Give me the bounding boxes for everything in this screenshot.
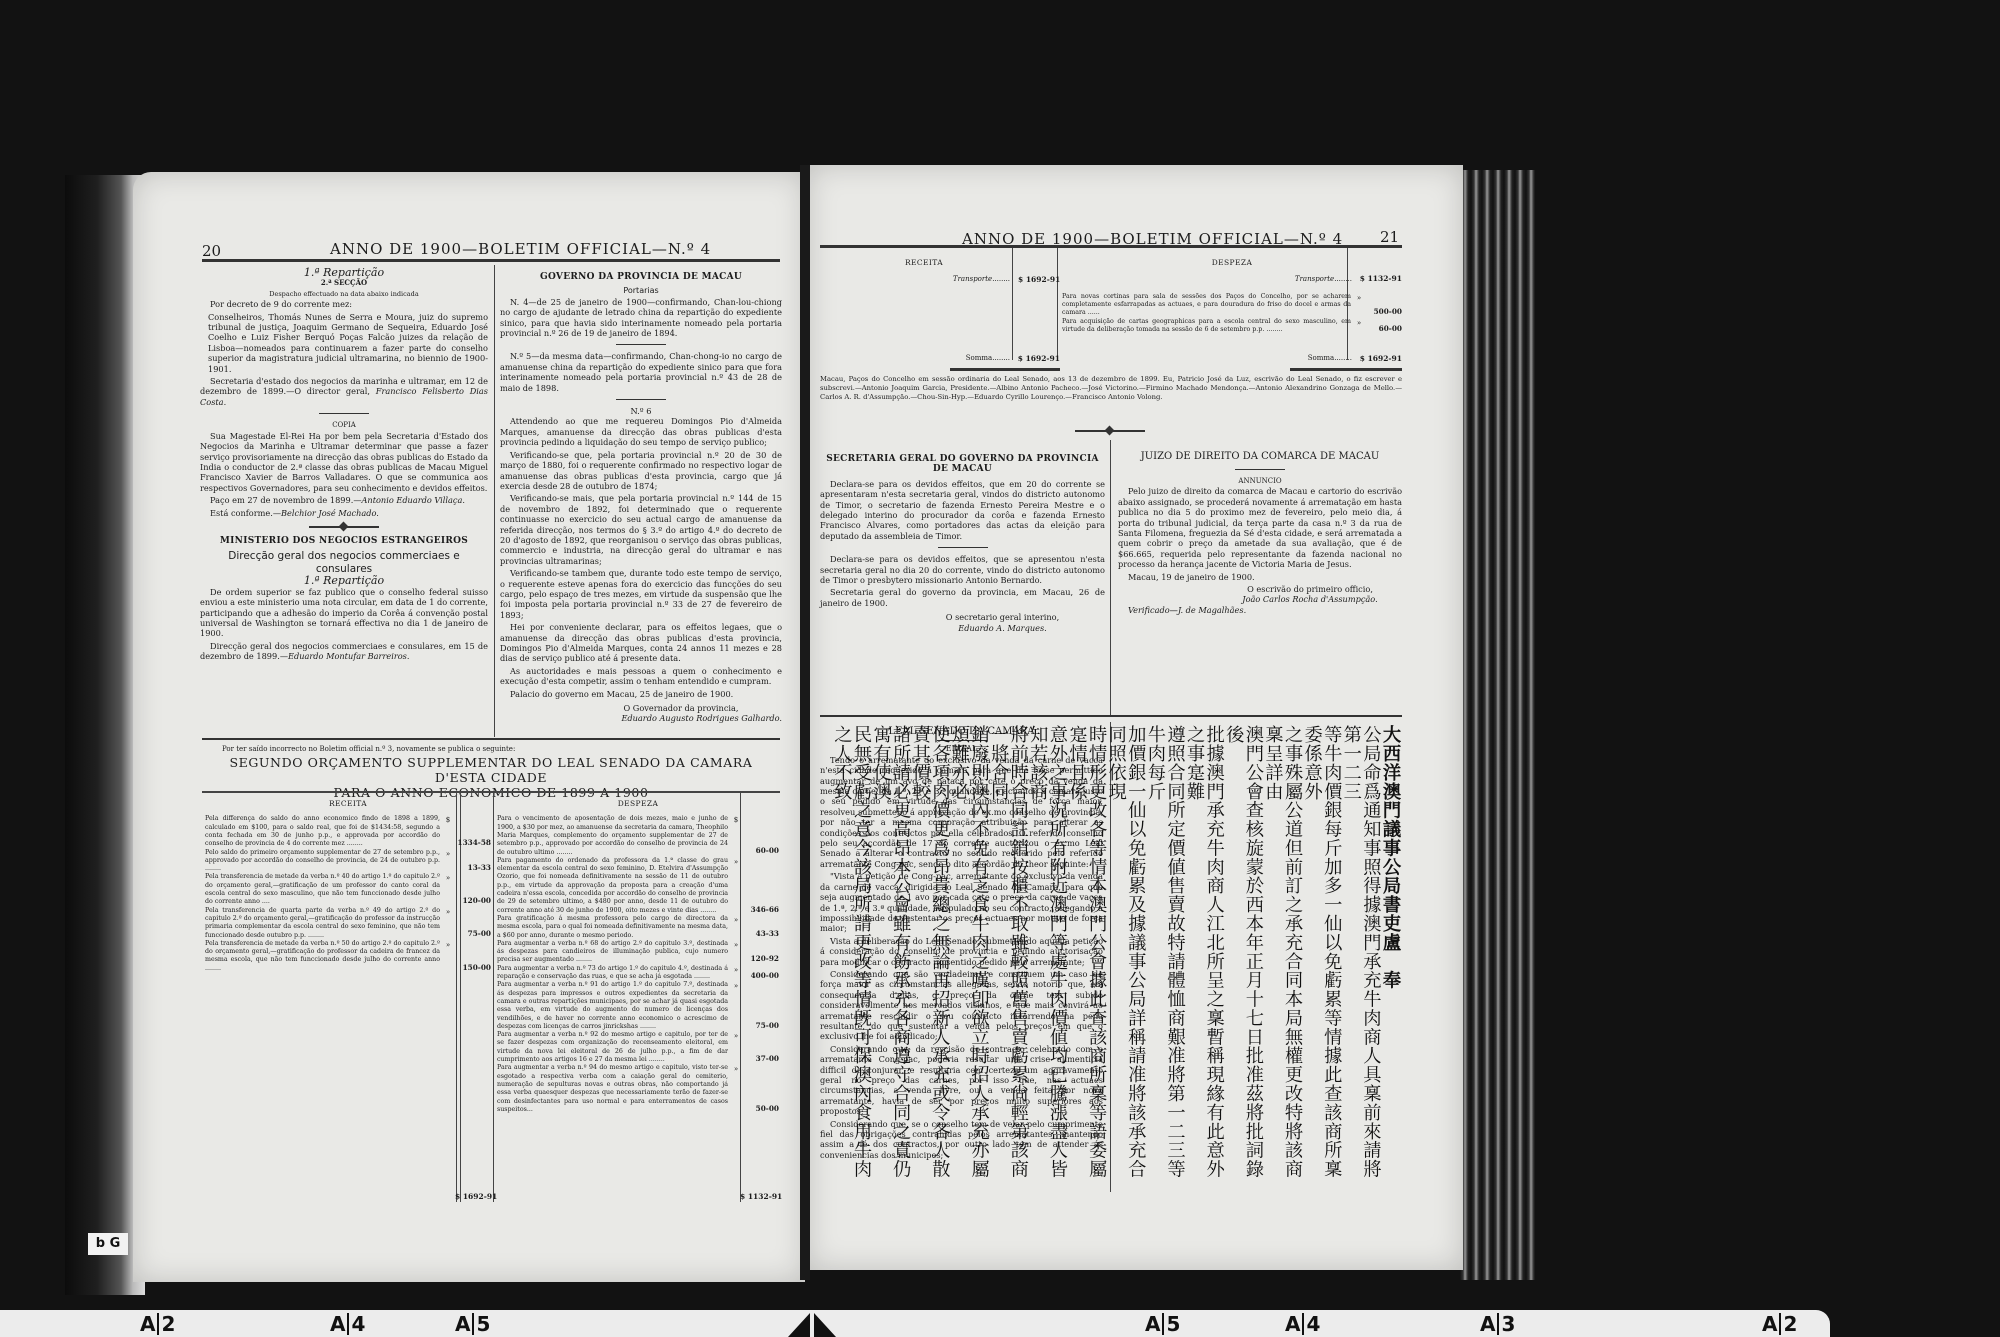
budget-item-currency: »: [443, 873, 453, 906]
page-gutter: [800, 165, 810, 1280]
portaria-6-para: Verificando-se mais, que pela portaria p…: [500, 493, 782, 566]
despeza-total: $ 1132-91: [740, 1192, 782, 1201]
left-page-header: ANNO DE 1900—BOLETIM OFFICIAL—N.º 4: [330, 240, 711, 258]
budget-item-currency: $: [443, 815, 453, 848]
juizo-title: JUIZO DE DIREITO DA COMARCA DE MACAU: [1118, 450, 1402, 463]
budget-item-currency: »: [443, 940, 453, 973]
copia-sign-1: Paço em 27 de novembro de 1899.—Antonio …: [200, 495, 488, 505]
portaria-6-title: N.º 6: [500, 406, 782, 416]
copia-title: COPIA: [200, 420, 488, 430]
budget-item-text: Para gratificação á mesma professora pel…: [497, 915, 731, 940]
chinese-column: 澳門公會查核旋蒙於西本年正月十七日批准茲將批詞錄後: [1224, 725, 1263, 1195]
portaria-6-para: Attendendo ao que me requereu Domingos P…: [500, 416, 782, 447]
budget-row: Pelo saldo do primeiro orçamento supplem…: [205, 849, 491, 874]
somma-rule: [1290, 368, 1402, 371]
separator: [616, 344, 666, 345]
juizo-signer: João Carlos Rocha d'Assumpção.: [1118, 594, 1402, 604]
film-marker: A4: [330, 1313, 365, 1335]
budget-item-value: 150-00: [453, 963, 491, 973]
budget-row: Para augmentar a verba n.º 94 do mesmo a…: [497, 1064, 779, 1114]
secretaria-para-3: Secretaria geral do governo da provincia…: [820, 587, 1105, 608]
separator: [319, 413, 369, 414]
column-divider: [1110, 440, 1111, 715]
juizo-column: JUIZO DE DIREITO DA COMARCA DE MACAU ANN…: [1118, 450, 1402, 617]
film-marker: A3: [1480, 1313, 1515, 1335]
budget-row: Pela transferencia de metade da verba n.…: [205, 940, 491, 973]
budget-item-currency: »: [731, 1064, 741, 1114]
budget-item-text: Pela differença do saldo do anno economi…: [205, 815, 443, 848]
chinese-column: 加價銀一仙以免虧累及據議事公局詳稱請准將該承充合同照依現: [1106, 725, 1145, 1195]
somma-rule: [950, 368, 1060, 371]
budget-item-currency: »: [731, 981, 741, 1031]
budget-item-currency: »: [731, 1031, 741, 1064]
budget-title: SEGUNDO ORÇAMENTO SUPPLEMENTAR DO LEAL S…: [202, 755, 780, 800]
film-marker: A2: [140, 1313, 175, 1335]
budget-row: Para augmentar a verba n.º 91 do artigo …: [497, 981, 779, 1031]
separator: [1235, 469, 1285, 470]
film-marker: A5: [455, 1313, 490, 1335]
chinese-column: 銷廢則澳內不免有乏食牛肉之嘆卽欲立時招人承充亦屬煩難亦必: [949, 725, 988, 1195]
budget-item-text: Pela transferencia de quarta parte da ve…: [205, 907, 443, 940]
secretaria-role: O secretario geral interino,: [820, 612, 1105, 622]
governor-signer: Eduardo Augusto Rodrigues Galhardo.: [500, 713, 782, 723]
header-rule: [820, 245, 1402, 248]
despeza-transport: $ 1132-91: [1352, 274, 1402, 284]
budget-item-text: Pela transferencia de metade da verba n.…: [205, 873, 443, 906]
budget-item-text: Para augmentar a verba n.º 92 do mesmo a…: [497, 1031, 731, 1064]
transport-label: Transporte........: [1062, 274, 1352, 284]
budget-row: Para augmentar a verba n.º 68 do artigo …: [497, 940, 779, 965]
budget-item-text: Para pagamento do ordenado da professora…: [497, 857, 731, 915]
secretaria-title: SECRETARIA GERAL DO GOVERNO DA PROVINCIA…: [820, 454, 1105, 475]
chinese-notice: 大西洋澳門議事公局書吏盧 奉 公局命爲通知事照得據澳門承充牛肉商人具稟前來請將第…: [1110, 725, 1400, 1195]
ministry-subtitle: Direcção geral dos negocios commerciaes …: [200, 550, 488, 576]
budget-item-value: 60-00: [1364, 324, 1402, 334]
budget-row: Para pagamento do ordenado da professora…: [497, 857, 779, 915]
budget-item-value: 75-00: [741, 1021, 779, 1031]
secretaria-para-2: Declara-se para os devidos effeitos, que…: [820, 554, 1105, 585]
header-rule: [202, 259, 780, 262]
budget-item-value: 50-00: [741, 1104, 779, 1114]
budget-item-value: 346-66: [741, 905, 779, 915]
somma-label: Somma........: [900, 354, 1010, 363]
despeza-somma-value: $ 1692-91: [1352, 354, 1402, 363]
book-page-stack-right: [1460, 170, 1535, 1280]
chinese-column: 時情形更改各等情本澳門公會據此查該商所稟等語委屬寔情且係: [1067, 725, 1106, 1195]
ministry-repartition: 1.ª Repartição: [200, 576, 488, 586]
secretaria-column: SECRETARIA GERAL DO GOVERNO DA PROVINCIA…: [820, 450, 1105, 633]
budget-item-text: Para novas cortinas para sala de sessões…: [1062, 293, 1354, 318]
receita-transport: $ 1692-91: [1018, 275, 1060, 284]
film-frame-label: b G: [88, 1233, 128, 1255]
portaria-4: N. 4—de 25 de janeiro de 1900—confirmand…: [500, 297, 782, 339]
receita-somma: Somma........ $ 1692-91: [900, 354, 1060, 363]
budget-item-currency: »: [443, 907, 453, 940]
section-rule: [202, 738, 780, 740]
portaria-6-para: Verificando-se que, pela portaria provin…: [500, 450, 782, 492]
film-marker: A5: [1145, 1313, 1180, 1335]
portarias-title: Portarias: [500, 286, 782, 296]
transport-label: Transporte........: [820, 274, 1010, 284]
ornament-divider: [1075, 430, 1145, 432]
budget-divider: [493, 792, 494, 1202]
chinese-column: 批據澳門承充牛肉商人江北所呈之稟暫稱現緣有此意外之事寔難: [1184, 725, 1223, 1195]
budget-item-value: 13-33: [453, 863, 491, 873]
budget-cont-divider: [1012, 248, 1013, 360]
transport-row: Transporte........ $ 1132-91: [1062, 274, 1402, 284]
budget-item-value: 37-00: [741, 1054, 779, 1064]
film-strip-bottom: [0, 1310, 1830, 1337]
budget-item-currency: »: [731, 857, 741, 915]
budget-item-text: Para o vencimento de aposentação de dois…: [497, 815, 731, 856]
receita-head: RECEITA: [820, 258, 1010, 268]
budget-item-currency: »: [443, 849, 453, 874]
chinese-column: 公局命爲通知事照得據澳門承充牛肉商人具稟前來請將第一二三: [1341, 725, 1380, 1195]
budget-item-text: Para augmentar a verba n.º 91 do artigo …: [497, 981, 731, 1031]
portaria-5: N.º 5—da mesma data—confirmando, Chan-ch…: [500, 351, 782, 393]
decree-sign: Secretaria d'estado dos negocios da mari…: [200, 376, 488, 407]
copia-sign-2: Está conforme.—Belchior José Machado.: [200, 508, 488, 518]
section-rule: [820, 715, 1402, 717]
despeza-head: DESPEZA: [497, 799, 779, 809]
section-subtitle: 2.ª SECÇÃO: [200, 278, 488, 288]
receita-head: RECEITA: [205, 799, 491, 809]
left-column-2: GOVERNO DA PROVINCIA DE MACAU Portarias …: [500, 268, 782, 724]
chinese-column: 民無受虧之意今該局所請更改等情旣可保澳內食用牛肉之人不致: [832, 725, 871, 1195]
portaria-6-para: Hei por conveniente declarar, para os ef…: [500, 622, 782, 664]
budget-item-currency: »: [731, 965, 741, 982]
right-page-number: 21: [1380, 228, 1399, 246]
film-marker: A2: [1762, 1313, 1797, 1335]
governo-title: GOVERNO DA PROVINCIA DE MACAU: [500, 272, 782, 282]
ministry-body: De ordem superior se faz publico que o c…: [200, 587, 488, 639]
separator: [616, 399, 666, 400]
budget-item-currency: »: [731, 940, 741, 965]
budget-row: Para acquisição de cartas geographicas p…: [1062, 318, 1402, 335]
chinese-column: 意外之事況所有附近澳門等處牛肉價値均已騰漲盡人皆知若該商: [1028, 725, 1067, 1195]
budget-row: Para novas cortinas para sala de sessões…: [1062, 293, 1402, 318]
somma-label: Somma........: [1250, 354, 1352, 363]
separator: [938, 547, 988, 548]
budget-row: Pela differença do saldo do anno economi…: [205, 815, 491, 848]
budget-item-currency: »: [1354, 318, 1364, 335]
receita-somma-value: $ 1692-91: [1010, 354, 1060, 363]
budget-item-text: Pela transferencia de metade da verba n.…: [205, 940, 443, 973]
budget-item-value: 43-33: [741, 929, 779, 939]
decree-body: Conselheiros, Thomás Nunes de Serra e Mo…: [200, 312, 488, 374]
portaria-6-para: Verificando-se tambem que, durante todo …: [500, 568, 782, 620]
budget-item-text: Para acquisição de cartas geographicas p…: [1062, 318, 1354, 335]
portaria-6-para: Palacio do governo em Macau, 25 de janei…: [500, 689, 782, 699]
budget-item-value: 60-00: [741, 846, 779, 856]
chinese-column: 將前時合同註銷按櫃不取雖較照舊售賣虧累尙輕第該商一將合同: [989, 725, 1028, 1195]
chinese-notice-title: 大西洋澳門議事公局書吏盧 奉: [1380, 725, 1400, 1195]
budget-closing: Macau, Paços do Concelho em sessão ordin…: [820, 375, 1402, 401]
budget-item-text: Para augmentar a verba n.º 73 do artigo …: [497, 965, 731, 982]
budget-item-text: Para augmentar a verba n.º 68 do artigo …: [497, 940, 731, 965]
chinese-column: 諸所請必更高昂本公會雖有飭承充各商遵守合同之責仍寓有使澳: [871, 725, 910, 1195]
left-column-1: 1.ª Repartição 2.ª SECÇÃO Despacho effec…: [200, 268, 488, 664]
portaria-6-para: As auctoridades e mais pessoas a quem o …: [500, 666, 782, 687]
budget-row: Para augmentar a verba n.º 92 do mesmo a…: [497, 1031, 779, 1064]
budget-despeza: DESPEZA Para o vencimento de aposentação…: [497, 796, 779, 1114]
budget-cont-receita: RECEITA Transporte........: [820, 255, 1010, 285]
budget-item-value: 120-00: [453, 896, 491, 906]
budget-intro: Por ter saído incorrecto no Boletim offi…: [222, 745, 515, 753]
budget-cont-divider: [1057, 248, 1058, 360]
budget-item-value: 120-92: [741, 954, 779, 964]
chinese-column: 使各項肉價更爲昂貴總之無論再招新人承充或令各人散賣其價較: [910, 725, 949, 1195]
budget-item-value: 1334-58: [453, 838, 491, 848]
ornament-divider: [309, 526, 379, 528]
budget-cont-despeza: DESPEZA Transporte........ $ 1132-91 Par…: [1062, 255, 1402, 334]
section-note: Despacho effectuado na data abaixo indic…: [200, 289, 488, 299]
juizo-role: O escrivão do primeiro officio,: [1118, 584, 1402, 594]
chinese-column: 遵照合同所定價値售賣故特請體恤商艱准將第一二三等牛肉每斤: [1145, 725, 1184, 1195]
juizo-verified: Verificado—J. de Magalhães.: [1118, 605, 1402, 615]
budget-item-value: 400-00: [741, 971, 779, 981]
secretaria-signer: Eduardo A. Marques.: [820, 623, 1105, 633]
receita-total: $ 1692-91: [455, 1192, 497, 1201]
budget-receita: RECEITA Pela differença do saldo do anno…: [205, 796, 491, 973]
budget-item-currency: »: [731, 915, 741, 940]
budget-title-line-1: SEGUNDO ORÇAMENTO SUPPLEMENTAR DO LEAL S…: [202, 755, 780, 785]
chinese-column: 之事殊屬公道但前訂之承充合同本局無權更改特將該商稟呈詳由: [1263, 725, 1302, 1195]
budget-row: Para augmentar a verba n.º 73 do artigo …: [497, 965, 779, 982]
left-page-number: 20: [202, 242, 221, 260]
column-divider: [494, 265, 495, 737]
budget-item-text: Pelo saldo do primeiro orçamento supplem…: [205, 849, 443, 874]
film-arrow-markers: [788, 1313, 848, 1337]
governor-role: O Governador da provincia,: [500, 703, 782, 713]
film-marker: A4: [1285, 1313, 1320, 1335]
budget-rule: [202, 791, 780, 793]
juizo-body: Pelo juizo de direito da comarca de Maca…: [1118, 486, 1402, 569]
section-title: 1.ª Repartição: [200, 268, 488, 278]
juizo-subtitle: ANNUNCIO: [1118, 476, 1402, 486]
secretaria-para-1: Declara-se para os devidos effeitos, que…: [820, 479, 1105, 541]
budget-row: Pela transferencia de quarta parte da ve…: [205, 907, 491, 940]
despeza-head: DESPEZA: [1062, 258, 1402, 268]
portaria-6-body: Attendendo ao que me requereu Domingos P…: [500, 416, 782, 699]
chinese-column: 等牛肉價銀每斤加多一仙以免虧累等情據此查該商所稟委係意外: [1302, 725, 1341, 1195]
budget-item-currency: $: [731, 815, 741, 856]
copia-body: Sua Magestade El-Rei Ha por bem pela Sec…: [200, 431, 488, 493]
decree-intro: Por decreto de 9 do corrente mez:: [200, 299, 488, 309]
budget-item-value: 500-00: [1364, 307, 1402, 317]
juizo-date: Macau, 19 de janeiro de 1900.: [1118, 572, 1402, 582]
despeza-somma: Somma........ $ 1692-91: [1250, 354, 1402, 363]
ministry-sign: Direcção geral dos negocios commerciaes …: [200, 641, 488, 662]
budget-item-currency: »: [1354, 293, 1364, 318]
budget-item-text: Para augmentar a verba n.º 94 do mesmo a…: [497, 1064, 731, 1114]
ministry-title: MINISTERIO DOS NEGOCIOS ESTRANGEIROS: [200, 536, 488, 546]
budget-row: Pela transferencia de metade da verba n.…: [205, 873, 491, 906]
budget-row: Para gratificação á mesma professora pel…: [497, 915, 779, 940]
budget-item-value: 75-00: [453, 929, 491, 939]
budget-row: Para o vencimento de aposentação de dois…: [497, 815, 779, 856]
